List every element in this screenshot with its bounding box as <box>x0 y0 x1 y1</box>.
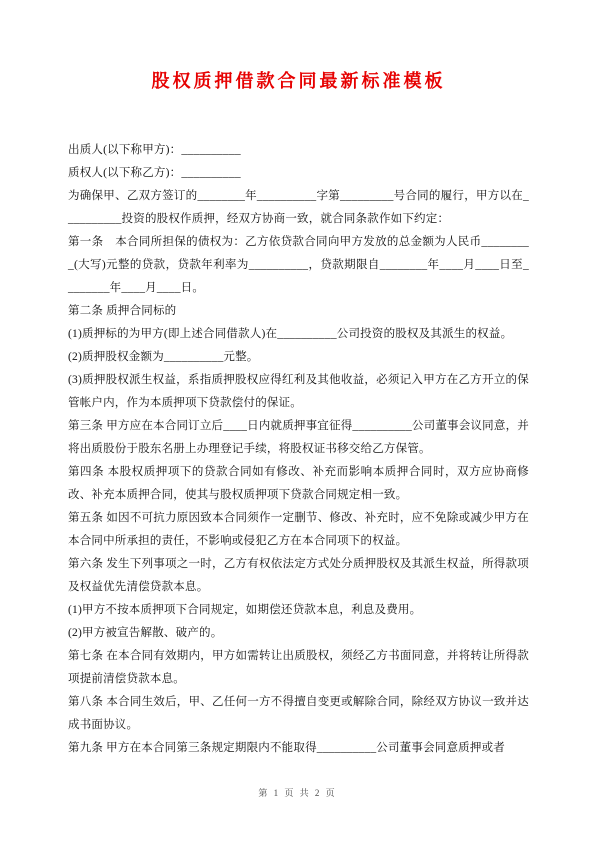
contract-paragraph: (1)甲方不按本质押项下合同规定，如期偿还贷款本息，利息及费用。 <box>68 599 529 622</box>
contract-body: 出质人(以下称甲方)：__________质权人(以下称乙方)：________… <box>68 139 529 760</box>
document-page: 股权质押借款合同最新标准模板 出质人(以下称甲方)：__________质权人(… <box>0 0 595 841</box>
contract-paragraph: 出质人(以下称甲方)：__________ <box>68 139 529 162</box>
contract-paragraph: 质权人(以下称乙方)：__________ <box>68 162 529 185</box>
contract-paragraph: (2)甲方被宣告解散、破产的。 <box>68 622 529 645</box>
contract-paragraph: 第八条 本合同生效后，甲、乙任何一方不得擅自变更或解除合同，除经双方协议一致并达… <box>68 691 529 737</box>
contract-paragraph: 第三条 甲方应在本合同订立后____日内就质押事宜征得__________公司董… <box>68 415 529 461</box>
contract-paragraph: 为确保甲、乙双方签订的________年__________字第________… <box>68 185 529 231</box>
contract-paragraph: 第六条 发生下列事项之一时，乙方有权依法定方式处分质押股权及其派生权益，所得款项… <box>68 553 529 599</box>
contract-paragraph: 第九条 甲方在本合同第三条规定期限内不能取得__________公司董事会同意质… <box>68 737 529 760</box>
contract-paragraph: (2)质押股权金额为__________元整。 <box>68 346 529 369</box>
contract-paragraph: 第七条 在本合同有效期内，甲方如需转让出质股权，须经乙方书面同意，并将转让所得款… <box>68 645 529 691</box>
contract-paragraph: 第五条 如因不可抗力原因致本合同须作一定删节、修改、补充时，应不免除或减少甲方在… <box>68 507 529 553</box>
document-title: 股权质押借款合同最新标准模板 <box>68 70 529 92</box>
contract-paragraph: (1)质押标的为甲方(即上述合同借款人)在__________公司投资的股权及其… <box>68 323 529 346</box>
page-footer: 第 1 页 共 2 页 <box>0 786 595 799</box>
contract-paragraph: 第四条 本股权质押项下的贷款合同如有修改、补充而影响本质押合同时，双方应协商修改… <box>68 461 529 507</box>
contract-paragraph: 第二条 质押合同标的 <box>68 300 529 323</box>
contract-paragraph: 第一条 本合同所担保的债权为：乙方依贷款合同向甲方发放的总金额为人民币_____… <box>68 231 529 300</box>
contract-paragraph: (3)质押股权派生权益，系指质押股权应得红利及其他收益，必须记入甲方在乙方开立的… <box>68 369 529 415</box>
